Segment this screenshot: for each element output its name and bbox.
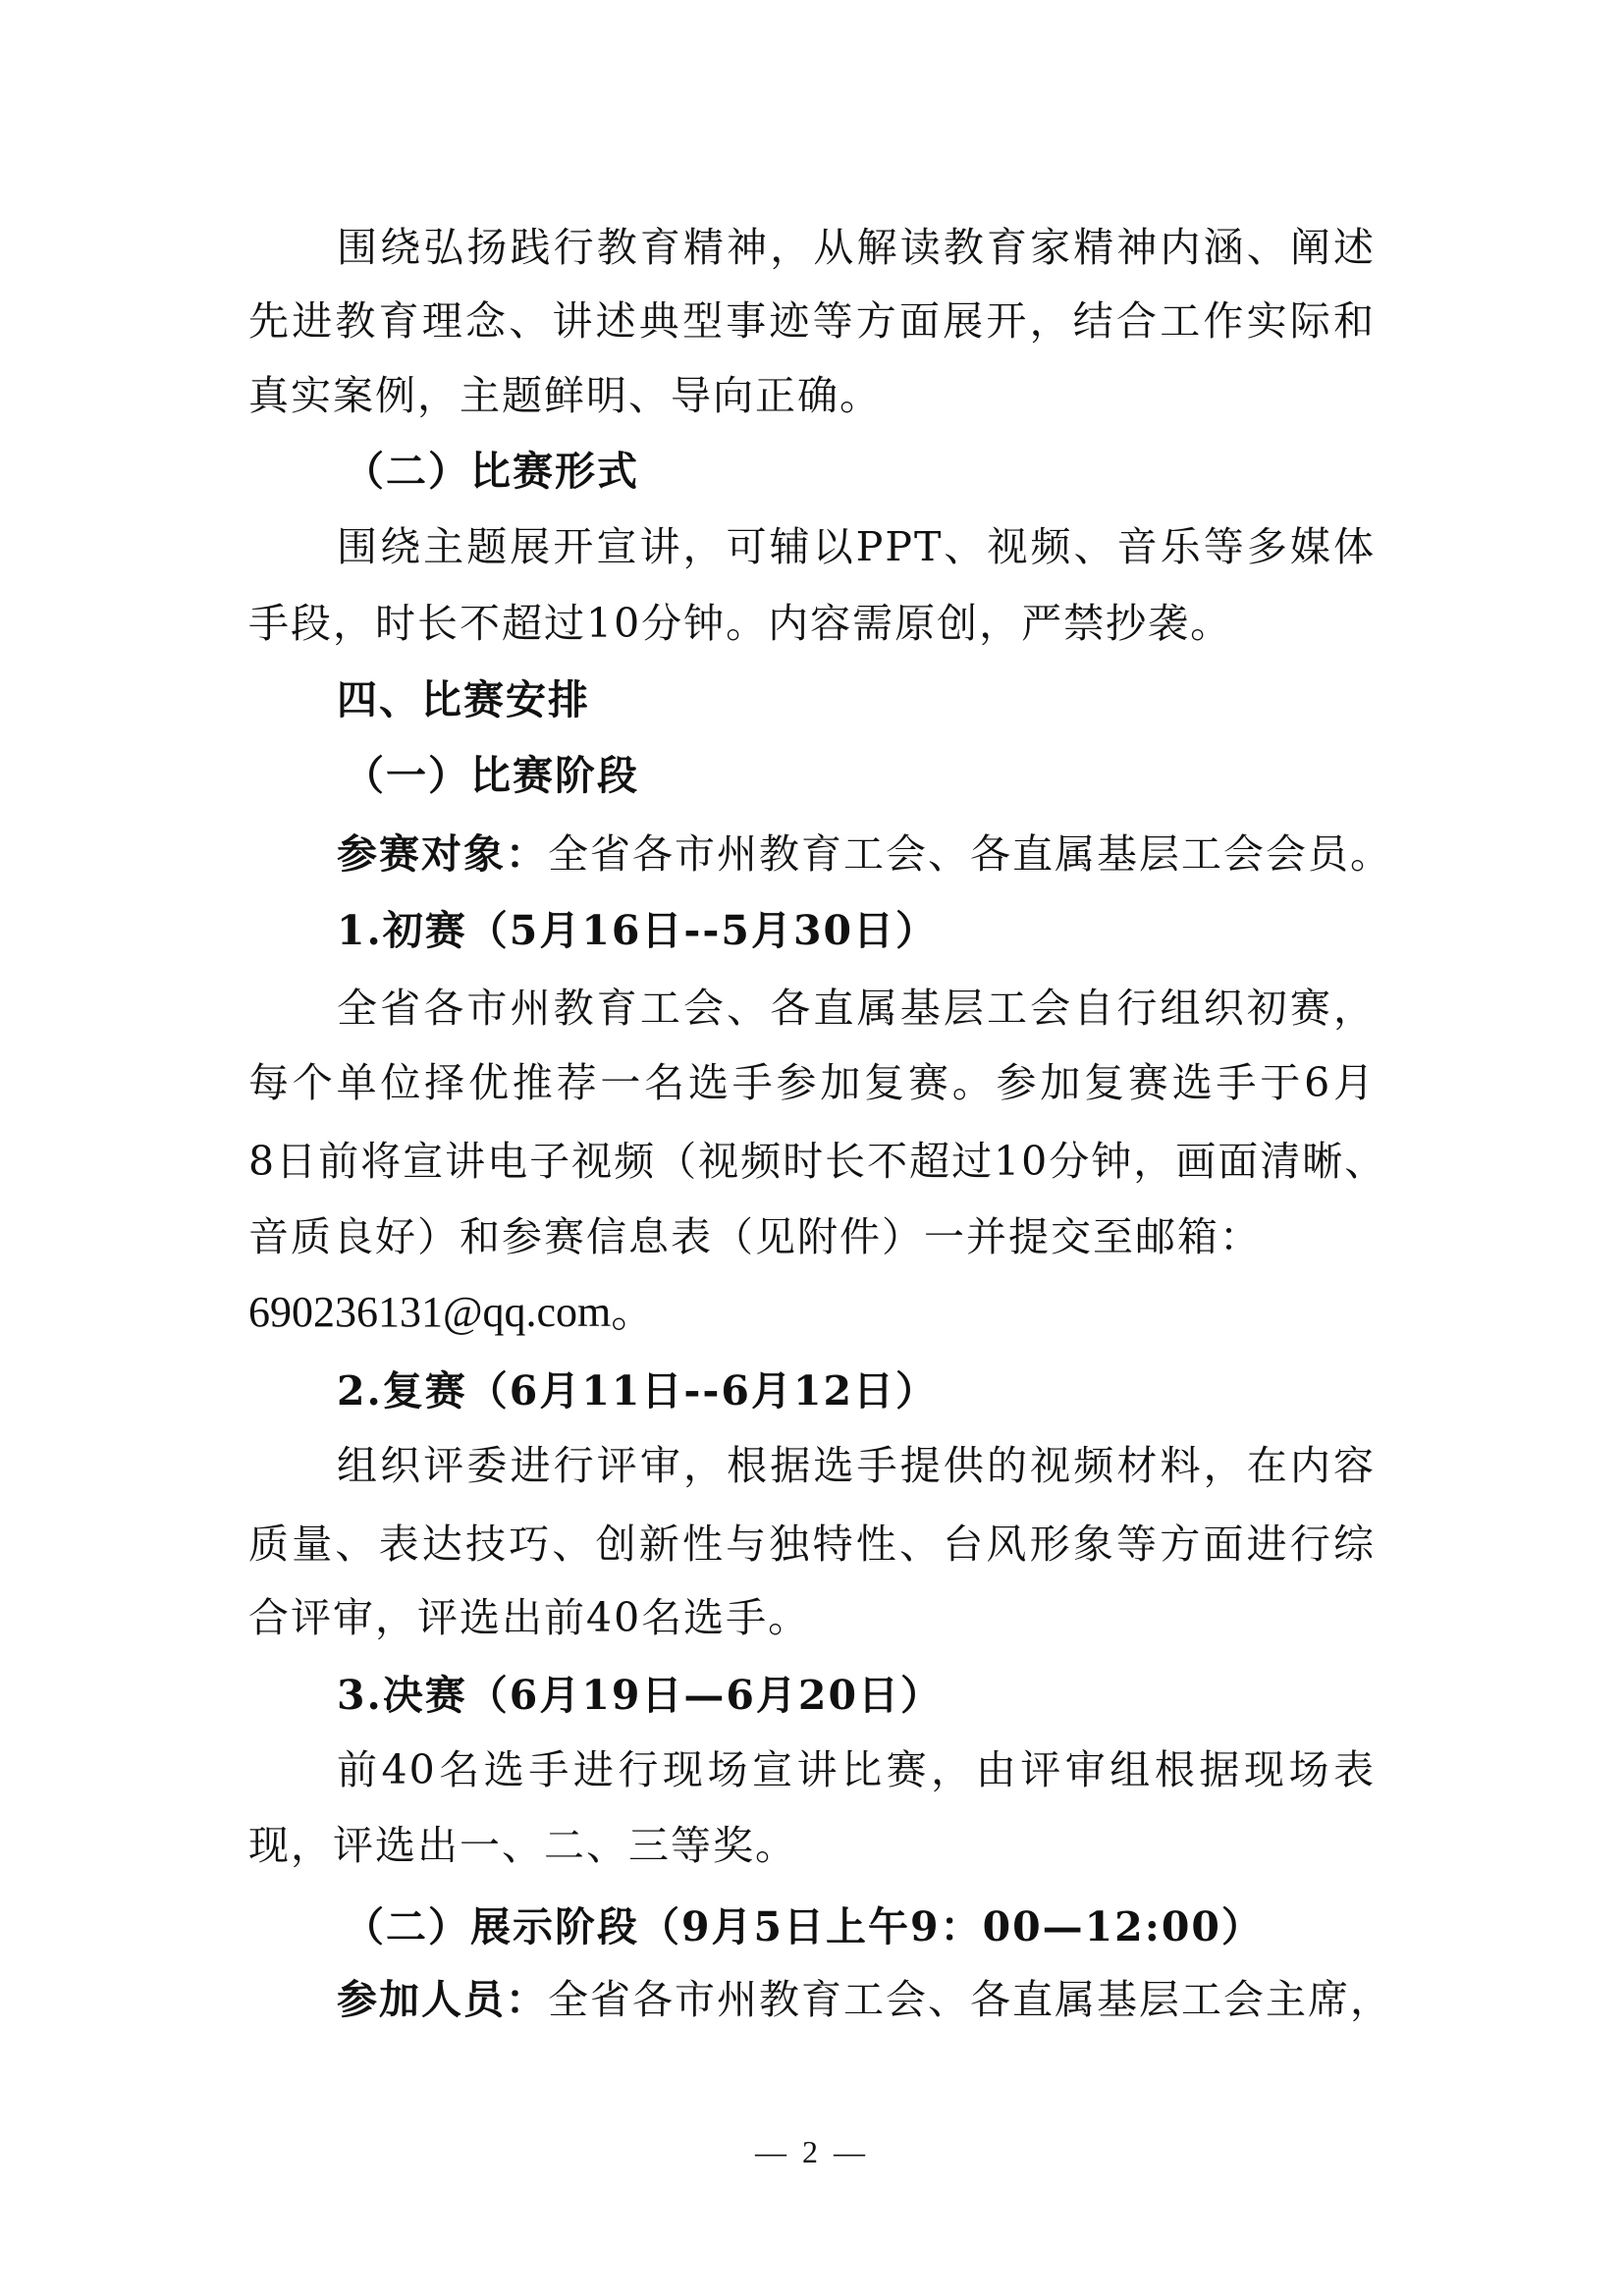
paragraph-line: 组织评委进行评审，根据选手提供的视频材料，在内容 <box>337 1436 1376 1495</box>
paragraph-line: 围绕弘扬践行教育精神，从解读教育家精神内涵、阐述 <box>337 218 1376 277</box>
participants-value: 全省各市州教育工会、各直属基层工会会员。 <box>548 830 1392 878</box>
attendees-label: 参加人员： <box>337 1976 548 2023</box>
paragraph-line: 手段，时长不超过10分钟。内容需原创，严禁抄袭。 <box>248 594 1376 653</box>
paragraph-line: 每个单位择优推荐一名选手参加复赛。参加复赛选手于6月 <box>248 1053 1376 1112</box>
paragraph-line: 先进教育理念、讲述典型事迹等方面展开，结合工作实际和 <box>248 292 1376 350</box>
section-heading-competition-format: （二）比赛形式 <box>344 442 1376 501</box>
paragraph-line: 音质良好）和参赛信息表（见附件）一并提交至邮箱： <box>248 1207 1376 1266</box>
paragraph-line: 合评审，评选出前40名选手。 <box>248 1588 1376 1647</box>
page-number: — 2 — <box>0 2132 1624 2171</box>
paragraph-line: 围绕主题展开宣讲，可辅以PPT、视频、音乐等多媒体 <box>337 517 1376 576</box>
email-address: 690236131@qq.com。 <box>248 1283 1376 1342</box>
participants-line: 参赛对象：全省各市州教育工会、各直属基层工会会员。 <box>337 825 1376 883</box>
semifinal-round-heading: 2.复赛（6月11日--6月12日） <box>337 1362 1376 1420</box>
participants-label: 参赛对象： <box>337 830 548 878</box>
paragraph-line: 全省各市州教育工会、各直属基层工会自行组织初赛， <box>337 979 1376 1038</box>
preliminary-round-heading: 1.初赛（5月16日--5月30日） <box>337 901 1376 960</box>
final-round-heading: 3.决赛（6月19日—6月20日） <box>337 1666 1376 1725</box>
attendees-value: 全省各市州教育工会、各直属基层工会主席， <box>548 1976 1392 2023</box>
document-page: 围绕弘扬践行教育精神，从解读教育家精神内涵、阐述 先进教育理念、讲述典型事迹等方… <box>0 0 1624 2296</box>
paragraph-line: 前40名选手进行现场宣讲比赛，由评审组根据现场表 <box>337 1740 1376 1799</box>
attendees-line: 参加人员：全省各市州教育工会、各直属基层工会主席， <box>337 1970 1376 2029</box>
paragraph-line: 现，评选出一、二、三等奖。 <box>248 1816 1376 1875</box>
section-heading-competition-arrangement: 四、比赛安排 <box>337 670 1376 729</box>
paragraph-line: 质量、表达技巧、创新性与独特性、台风形象等方面进行综 <box>248 1515 1376 1574</box>
subsection-heading-showcase-stage: （二）展示阶段（9月5日上午9：00—12:00） <box>344 1897 1376 1956</box>
paragraph-line: 真实案例，主题鲜明、导向正确。 <box>248 366 1376 425</box>
paragraph-line: 8日前将宣讲电子视频（视频时长不超过10分钟，画面清晰、 <box>248 1132 1376 1191</box>
subsection-heading-competition-stage: （一）比赛阶段 <box>344 746 1376 805</box>
